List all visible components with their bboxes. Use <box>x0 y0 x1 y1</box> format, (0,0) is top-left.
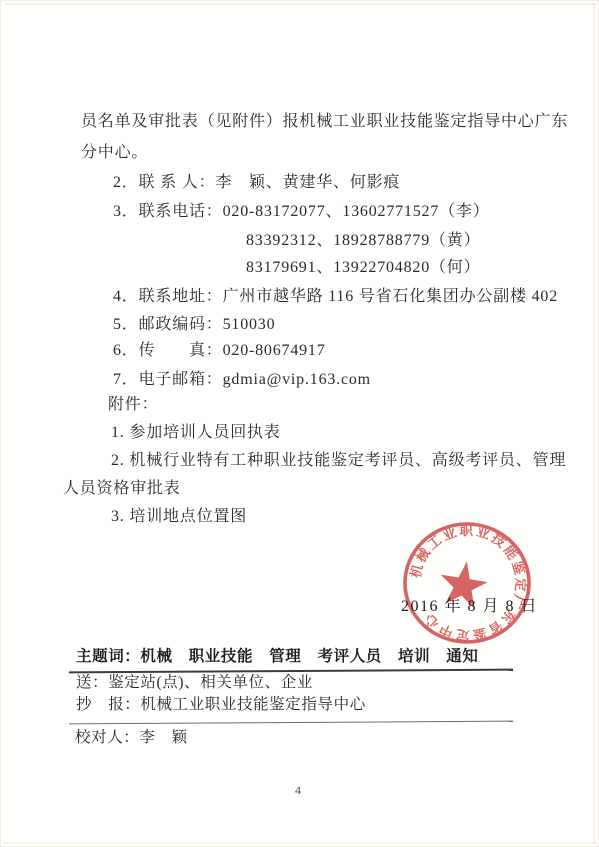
document-date: 2016 年 8 月 8 日 <box>401 593 538 616</box>
contact-phone-line: 3．联系电话：020-83172077、13602771527（李） <box>113 201 490 223</box>
proofreader-line: 校对人：李 颖 <box>75 727 188 749</box>
fax-line: 6．传 真：020-80674917 <box>113 340 326 362</box>
body-line: 分中心。 <box>81 142 148 164</box>
scan-edge-top <box>5 3 597 5</box>
contact-phone-line: 83392312、18928788779（黄） <box>246 230 480 252</box>
contact-person-line: 2．联 系 人：李 颖、黄建华、何影痕 <box>113 172 400 194</box>
footer-divider <box>69 721 513 725</box>
postal-code-line: 5．邮政编码：510030 <box>113 314 275 336</box>
attachment-item: 人员资格审批表 <box>63 478 181 500</box>
page-number: 4 <box>286 783 310 798</box>
send-to-line: 送：鉴定站(点)、相关单位、企业 <box>76 672 313 694</box>
contact-address-line: 4．联系地址：广州市越华路 116 号省石化集团办公副楼 402 <box>113 286 558 308</box>
scan-edge-right <box>593 3 595 843</box>
scan-edge-bottom <box>3 842 597 844</box>
body-line: 员名单及审批表（见附件）报机械工业职业技能鉴定指导中心广东 <box>81 111 568 133</box>
attachment-item: 1. 参加培训人员回执表 <box>111 422 281 444</box>
attachment-item: 2. 机械行业特有工种职业技能鉴定考评员、高级考评员、管理 <box>111 450 566 472</box>
official-seal: 机械工业职业技能鉴定广东省鉴定中心 <box>399 519 539 651</box>
seal-graphic: 机械工业职业技能鉴定广东省鉴定中心 <box>399 519 539 651</box>
document-page: 员名单及审批表（见附件）报机械工业职业技能鉴定指导中心广东 分中心。 2．联 系… <box>0 0 599 847</box>
attachment-item: 3. 培训地点位置图 <box>111 506 247 528</box>
attachments-heading: 附件： <box>108 394 158 416</box>
contact-phone-line: 83179691、13922704820（何） <box>246 257 480 279</box>
email-line: 7．电子邮箱：gdmia@vip.163.com <box>113 369 371 391</box>
copy-to-line: 抄 报：机械工业职业技能鉴定指导中心 <box>76 694 366 716</box>
